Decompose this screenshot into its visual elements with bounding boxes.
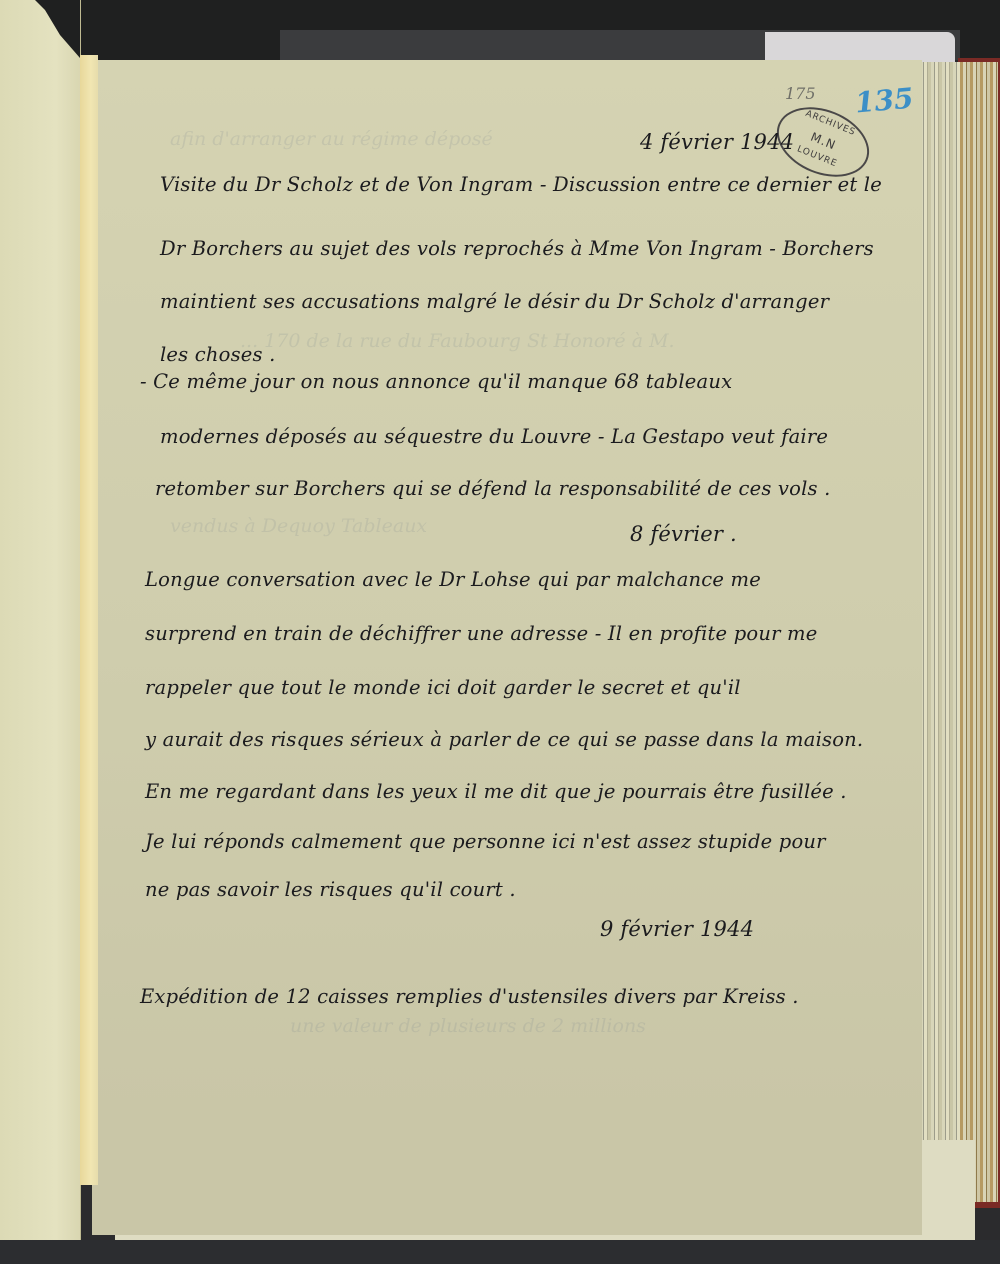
text-line: y aurait des risques sérieux à parler de…: [145, 728, 863, 751]
table-surface: [0, 1240, 1000, 1264]
entry-date: 4 février 1944: [640, 130, 794, 154]
text-line: Je lui réponds calmement que personne ic…: [145, 830, 826, 853]
bleed-through-text: une valeur de plusieurs de 2 millions: [290, 1015, 646, 1037]
text-line: modernes déposés au séquestre du Louvre …: [160, 425, 828, 448]
text-line: les choses .: [160, 343, 276, 366]
text-line: Longue conversation avec le Dr Lohse qui…: [145, 568, 761, 591]
text-line: maintient ses accusations malgré le dési…: [160, 290, 829, 313]
text-line: surprend en train de déchiffrer une adre…: [145, 622, 817, 645]
text-line: Visite du Dr Scholz et de Von Ingram - D…: [160, 173, 882, 196]
book-gutter: [80, 55, 98, 1185]
text-line: Dr Borchers au sujet des vols reprochés …: [160, 237, 874, 260]
bleed-through-text: vendus à Dequoy Tableaux: [170, 515, 427, 537]
left-facing-page: [0, 0, 81, 1264]
entry-date: 8 février .: [630, 522, 737, 546]
text-line: En me regardant dans les yeux il me dit …: [145, 780, 847, 803]
text-line: Expédition de 12 caisses remplies d'uste…: [140, 985, 799, 1008]
bleed-through-text: ... 170 de la rue du Faubourg St Honoré …: [240, 330, 675, 352]
entry-date: 9 février 1944: [600, 917, 754, 941]
folio-number-pencil: 175: [785, 84, 816, 103]
text-line: rappeler que tout le monde ici doit gard…: [145, 676, 741, 699]
page-stack-edges: [920, 62, 998, 1202]
white-insert-sheet: [765, 32, 955, 62]
text-line: retomber sur Borchers qui se défend la r…: [155, 477, 831, 500]
text-line: ne pas savoir les risques qu'il court .: [145, 878, 516, 901]
text-line: - Ce même jour on nous annonce qu'il man…: [140, 370, 732, 393]
bleed-through-text: afin d'arranger au régime déposé: [170, 128, 493, 150]
folio-number-blue: 135: [854, 82, 915, 120]
